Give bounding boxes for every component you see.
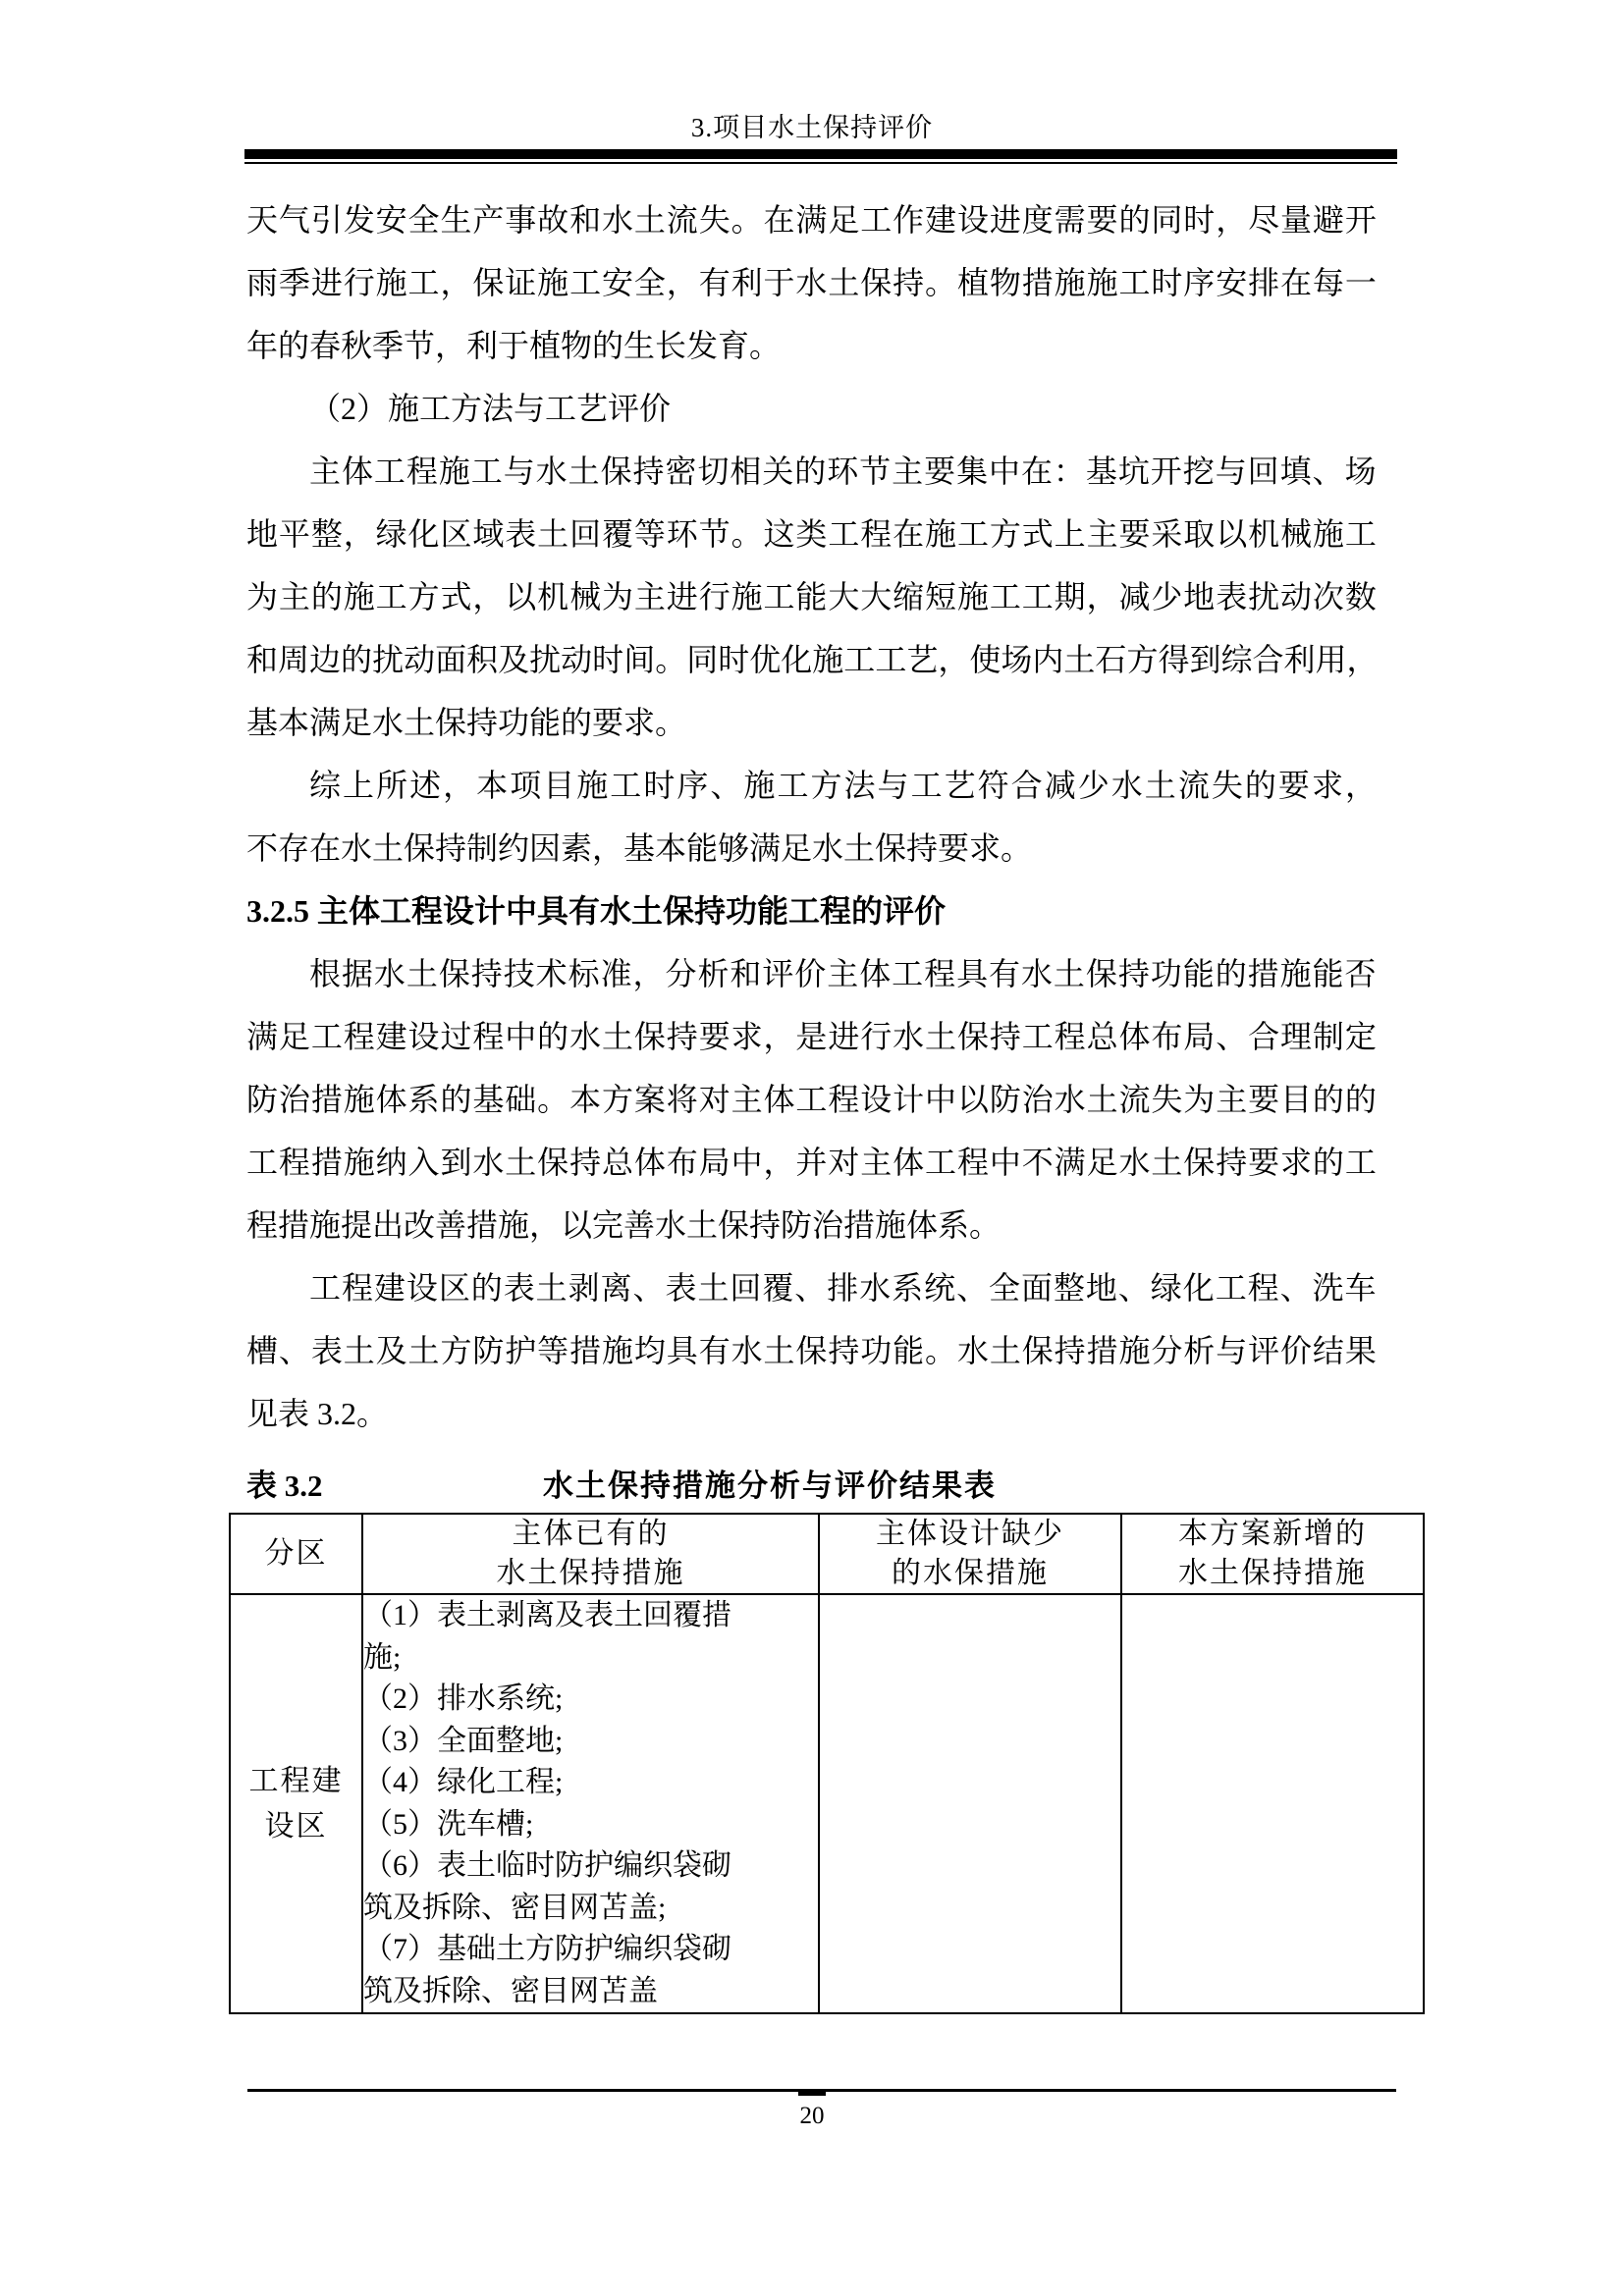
text-line: 防治措施体系的基础。本方案将对主体工程设计中以防治水土流失为主要目的的: [246, 1068, 1377, 1131]
text-line: 不存在水土保持制约因素，基本能够满足水土保持要求。: [246, 817, 1377, 880]
page-header-title: 3.项目水土保持评价: [0, 110, 1624, 145]
zone-cell: 工程建 设区: [230, 1594, 362, 2013]
text-line: 天气引发安全生产事故和水土流失。在满足工作建设进度需要的同时，尽量避开: [246, 188, 1377, 251]
col-header-added-measures: 本方案新增的 水土保持措施: [1121, 1514, 1424, 1594]
text-line: 主体工程施工与水土保持密切相关的环节主要集中在：基坑开挖与回填、场: [246, 440, 1377, 503]
text-line: 雨季进行施工，保证施工安全，有利于水土保持。植物措施施工时序安排在每一: [246, 251, 1377, 314]
text-line: 基本满足水土保持功能的要求。: [246, 691, 1377, 754]
text-line: 综上所述，本项目施工时序、施工方法与工艺符合减少水土流失的要求，: [246, 754, 1377, 817]
table-caption-label: 表 3.2: [246, 1465, 323, 1508]
page-number: 20: [0, 2101, 1624, 2132]
page-number-separator: [798, 2092, 826, 2096]
added-measures-cell: [1121, 1594, 1424, 2013]
existing-measures-cell: （1）表土剥离及表土回覆措 施; （2）排水系统; （3）全面整地; （4）绿化…: [362, 1594, 819, 2013]
col-header-missing-measures: 主体设计缺少 的水保措施: [819, 1514, 1121, 1594]
content-lines: 天气引发安全生产事故和水土流失。在满足工作建设进度需要的同时，尽量避开雨季进行施…: [246, 188, 1377, 1445]
measures-table-wrap: 分区 主体已有的 水土保持措施 主体设计缺少 的水保措施 本方案新增的 水土保持…: [229, 1513, 1425, 2014]
section-heading-line: 3.2.5 主体工程设计中具有水土保持功能工程的评价: [246, 880, 1377, 942]
text-line: 程措施提出改善措施，以完善水土保持防治措施体系。: [246, 1194, 1377, 1256]
document-page: 3.项目水土保持评价 天气引发安全生产事故和水土流失。在满足工作建设进度需要的同…: [0, 0, 1624, 2296]
header-divider-rule: [244, 149, 1397, 164]
col-header-existing-measures: 主体已有的 水土保持措施: [362, 1514, 819, 1594]
missing-measures-cell: [819, 1594, 1121, 2013]
table-row: 工程建 设区 （1）表土剥离及表土回覆措 施; （2）排水系统; （3）全面整地…: [230, 1594, 1424, 2013]
text-line: 地平整，绿化区域表土回覆等环节。这类工程在施工方式上主要采取以机械施工: [246, 503, 1377, 565]
text-line: 槽、表土及土方防护等措施均具有水土保持功能。水土保持措施分析与评价结果: [246, 1319, 1377, 1382]
text-line: 年的春秋季节，利于植物的生长发育。: [246, 314, 1377, 377]
table-header-row: 分区 主体已有的 水土保持措施 主体设计缺少 的水保措施 本方案新增的 水土保持…: [230, 1514, 1424, 1594]
text-line: （2）施工方法与工艺评价: [246, 377, 1377, 440]
text-line: 和周边的扰动面积及扰动时间。同时优化施工工艺，使场内土石方得到综合利用，: [246, 628, 1377, 691]
table-caption-title: 水土保持措施分析与评价结果表: [543, 1465, 997, 1508]
col-header-zone: 分区: [230, 1514, 362, 1594]
text-line: 工程措施纳入到水土保持总体布局中，并对主体工程中不满足水土保持要求的工: [246, 1131, 1377, 1194]
text-line: 满足工程建设过程中的水土保持要求，是进行水土保持工程总体布局、合理制定: [246, 1005, 1377, 1068]
measures-table: 分区 主体已有的 水土保持措施 主体设计缺少 的水保措施 本方案新增的 水土保持…: [229, 1513, 1425, 2014]
text-line: 为主的施工方式，以机械为主进行施工能大大缩短施工工期，减少地表扰动次数: [246, 565, 1377, 628]
text-line: 根据水土保持技术标准，分析和评价主体工程具有水土保持功能的措施能否: [246, 942, 1377, 1005]
text-line: 见表 3.2。: [246, 1382, 1377, 1445]
text-line: 工程建设区的表土剥离、表土回覆、排水系统、全面整地、绿化工程、洗车: [246, 1256, 1377, 1319]
